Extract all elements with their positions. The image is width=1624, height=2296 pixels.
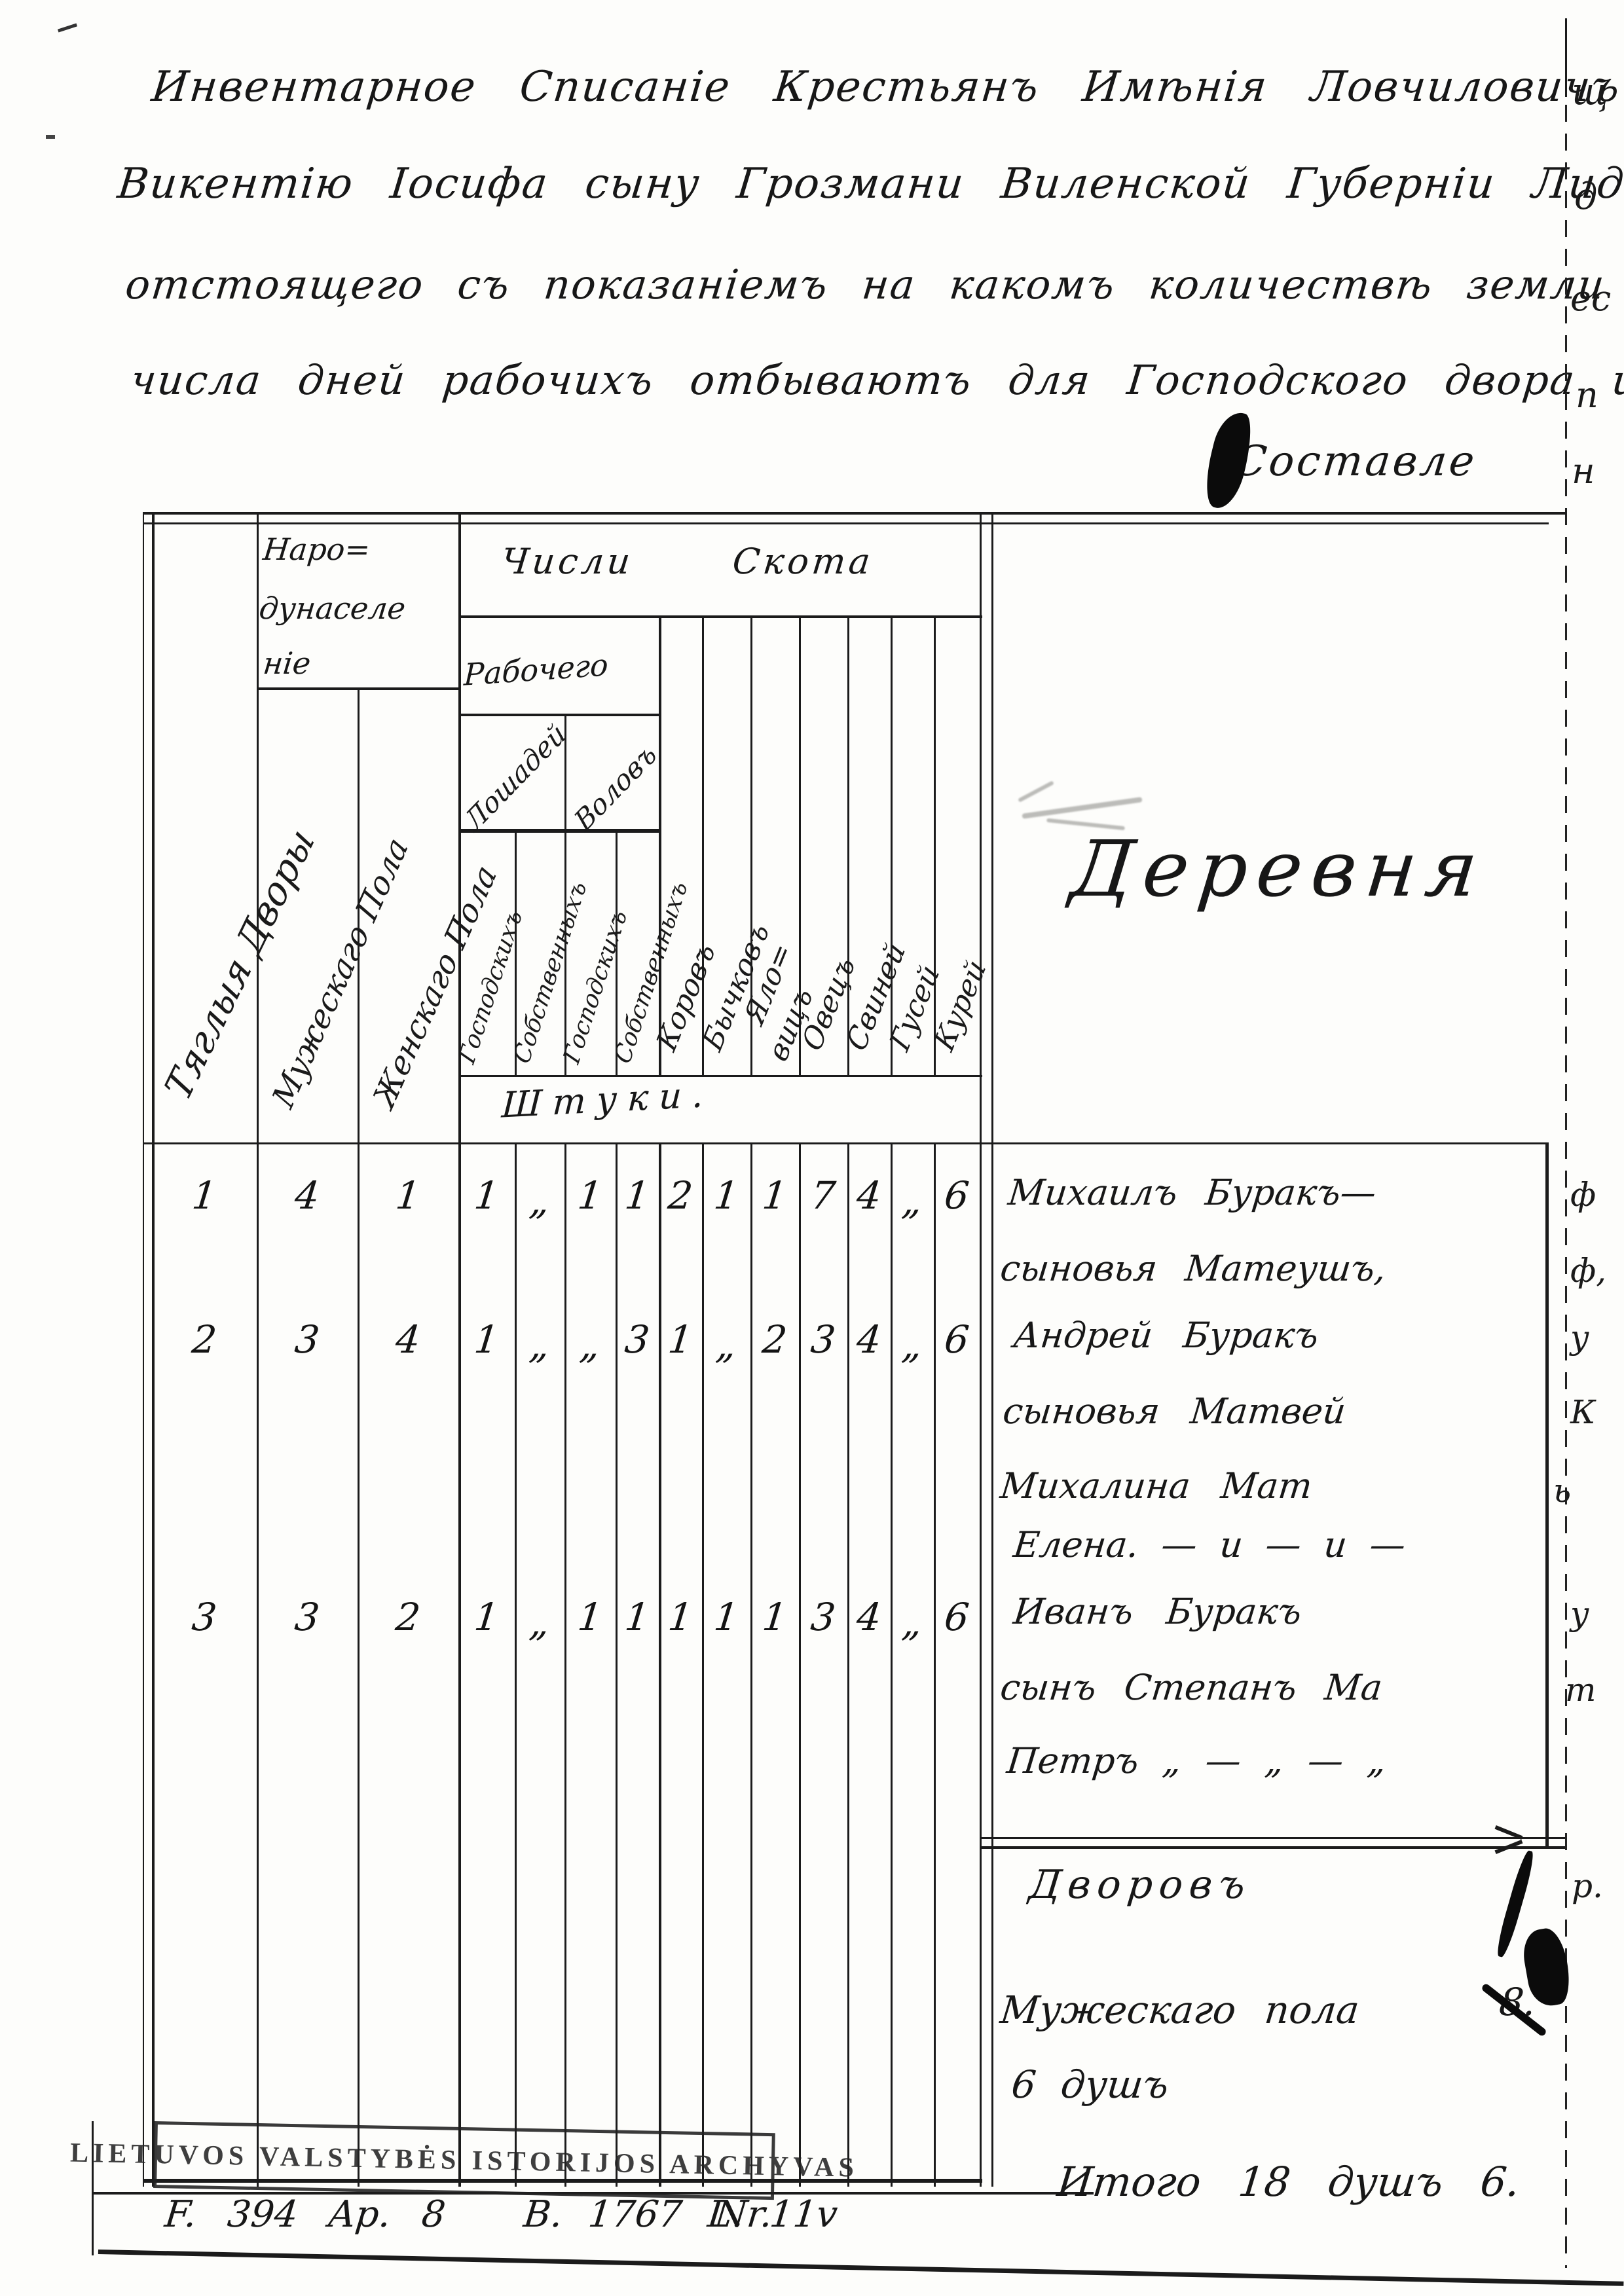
- cutoff-text: т: [1565, 1671, 1596, 1709]
- column-header-horses: Лошадей: [458, 717, 572, 837]
- cattle-header-underline: [458, 615, 982, 618]
- cell-r3-female: 2: [378, 1595, 437, 1639]
- cutoff-text: ф,: [1570, 1252, 1606, 1290]
- column-group-working: Рабочего: [463, 647, 608, 693]
- column-group-cattle: Числи Скота: [500, 541, 876, 582]
- table-vline: [616, 1142, 618, 2187]
- village-heading: Деревня: [1067, 824, 1491, 914]
- table-vline: [847, 1142, 849, 2187]
- horses-oxen-underline: [458, 829, 659, 833]
- table-vline: [659, 1142, 661, 2187]
- cell-r3-households: 3: [174, 1595, 234, 1639]
- cell-r1-female: 1: [378, 1173, 437, 1218]
- column-header-hens: Курей: [928, 955, 993, 1057]
- cell-r2-households: 2: [174, 1317, 234, 1362]
- cell-r2-horses-lords: 1: [456, 1317, 516, 1362]
- archive-reference-nr: Nr.: [713, 2193, 775, 2236]
- summary-female-value: 6 душъ: [1009, 2062, 1170, 2107]
- name-r3-line1: Иванъ Буракъ: [1012, 1591, 1304, 1632]
- cell-r3-male: 3: [277, 1595, 337, 1639]
- summary-male-label: Мужескаго пола: [998, 1988, 1361, 2032]
- page-bottom-edge: [98, 2250, 1624, 2286]
- table-vline: [750, 1142, 752, 2187]
- name-r2-line1: Андрей Буракъ: [1012, 1315, 1321, 1356]
- cell-r3-hens: 6: [927, 1595, 986, 1639]
- cell-r2-hens: 6: [927, 1317, 986, 1362]
- cell-r3-horses-lords: 1: [456, 1595, 516, 1639]
- table-border-top: [143, 512, 1566, 515]
- summary-total: Итого 18 душъ 6.: [1055, 2158, 1522, 2206]
- cutoff-text: ф: [1570, 1176, 1596, 1214]
- table-border-top-inner: [143, 522, 1549, 524]
- name-r2-line2: сыновья Матвей: [1001, 1391, 1348, 1432]
- title-line-4: числа дней рабочихъ отбываютъ для Господ…: [128, 356, 1624, 404]
- cell-r2-male: 3: [277, 1317, 337, 1362]
- table-vline: [799, 1142, 801, 2187]
- cutoff-text: н: [1572, 450, 1595, 492]
- table-vline: [891, 1142, 893, 2187]
- title-line-2: Викентію Іосифа сыну Грозмани Виленской …: [115, 160, 1624, 208]
- column-group-population-line3: ніе: [261, 646, 312, 681]
- table-vline: [934, 615, 936, 1075]
- cutoff-text: ь: [1553, 1472, 1571, 1510]
- cutoff-text: у: [1570, 1319, 1589, 1357]
- working-header-underline: [458, 714, 659, 716]
- cell-r1-horses-lords: 1: [456, 1173, 516, 1218]
- table-vline-left: [152, 512, 155, 2187]
- table-vline: [847, 615, 849, 1075]
- table-vline: [891, 615, 893, 1075]
- pen-mark: [46, 135, 55, 139]
- names-divider-upper: [980, 1837, 1565, 1839]
- header-bottom-line: [143, 1142, 1549, 1144]
- cutoff-text: р.: [1572, 1867, 1603, 1905]
- cutoff-text: д: [1574, 175, 1598, 218]
- smudge-mark: [1018, 780, 1054, 802]
- archive-stamp-text: LIETUVOS VALSTYBĖS ISTORIJOS ARCHYVAS: [70, 2138, 859, 2184]
- table-vline-names-left-inner: [991, 512, 993, 2187]
- name-r1-line1: Михаилъ Буракъ—: [1006, 1172, 1378, 1213]
- title-line-3: отстоящего съ показаніемъ на какомъ коли…: [123, 261, 1624, 308]
- table-vline: [564, 1142, 566, 2187]
- cutoff-text: ес: [1570, 278, 1611, 319]
- cutoff-text: щ: [1572, 71, 1608, 113]
- pen-mark: [58, 23, 77, 32]
- smudge-mark: [1022, 797, 1142, 819]
- archive-reference-fond: F. 394 Ap. 8: [163, 2193, 448, 2236]
- units-band-top: [458, 1075, 982, 1077]
- archive-stamp: LIETUVOS VALSTYBĖS ISTORIJOS ARCHYVAS: [153, 2121, 775, 2200]
- cell-r2-female: 4: [378, 1317, 437, 1362]
- archive-reference-file: B. 1767 L. 11v: [522, 2193, 840, 2236]
- cell-r1-male: 4: [277, 1173, 337, 1218]
- name-r2-line3: Михалина Мат: [999, 1465, 1314, 1506]
- cutoff-text: п: [1576, 374, 1598, 416]
- table-vline: [934, 1142, 936, 2187]
- name-r3-line2: сынъ Степанъ Ма: [999, 1667, 1384, 1708]
- column-header-oxen: Воловъ: [568, 737, 662, 837]
- table-vline: [659, 615, 661, 1075]
- title-line-1: Инвентарное Списаніе Крестьянъ Имѣнія Ло…: [149, 63, 1624, 111]
- table-vline-outer-left: [143, 512, 144, 2187]
- table-vline: [702, 1142, 704, 2187]
- column-group-population-line1: Наро=: [261, 532, 372, 567]
- table-vline: [702, 615, 704, 1075]
- summary-households-label: Дворовъ: [1027, 1862, 1254, 1908]
- table-vline: [257, 512, 259, 2187]
- table-vline: [515, 1142, 517, 2187]
- fold-line: [1565, 18, 1567, 2268]
- fold-line-top: [1565, 18, 1567, 97]
- cell-r1-hens: 6: [927, 1173, 986, 1218]
- title-line-5: Составле: [1232, 437, 1479, 486]
- cutoff-text: К: [1570, 1393, 1596, 1431]
- names-divider-lower: [980, 1846, 1565, 1849]
- name-r3-line3: Петръ „ — „ — „: [1005, 1740, 1388, 1781]
- cutoff-text: у: [1570, 1595, 1589, 1633]
- name-r2-line4: Елена. — и — и —: [1012, 1524, 1408, 1565]
- column-group-population-line2: дунаселе: [257, 591, 407, 626]
- table-vline-names-right: [1545, 1142, 1549, 1846]
- units-row-label: Штуки.: [501, 1073, 715, 1125]
- document-page: Инвентарное Списаніе Крестьянъ Имѣнія Ло…: [0, 0, 1624, 2296]
- cell-r1-households: 1: [174, 1173, 234, 1218]
- name-r1-line2: сыновья Матеушъ,: [999, 1248, 1388, 1289]
